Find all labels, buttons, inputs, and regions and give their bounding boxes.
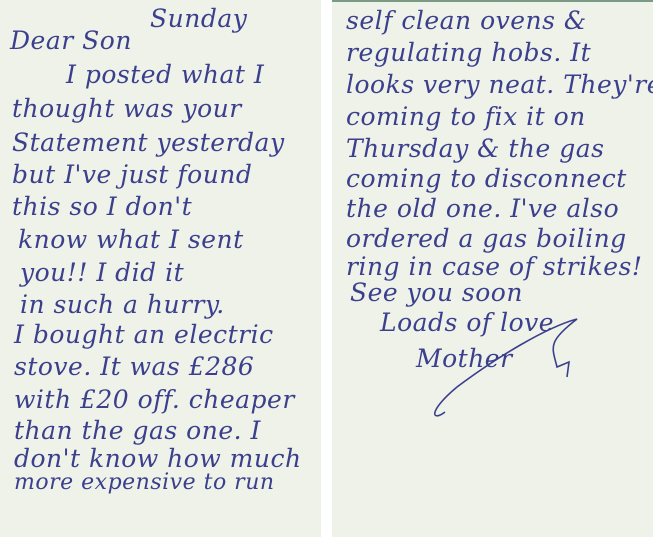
handwritten-line: know what I sent — [18, 225, 244, 254]
handwritten-line: this so I don't — [12, 192, 192, 221]
handwritten-line: Statement yesterday — [12, 128, 285, 157]
handwritten-line: coming to fix it on — [346, 102, 586, 131]
letter-page-1: Sunday Dear Son I posted what I thought … — [0, 0, 321, 537]
handwritten-salutation: Dear Son — [10, 26, 132, 55]
handwritten-line: ring in case of strikes! — [346, 252, 642, 281]
handwritten-line: regulating hobs. It — [346, 38, 591, 67]
handwritten-line: I bought an electric — [14, 320, 274, 349]
handwritten-line: thought was your — [12, 94, 242, 123]
handwritten-line: but I've just found — [12, 160, 252, 189]
handwritten-line: See you soon — [350, 278, 523, 307]
handwritten-line: self clean ovens & — [346, 6, 587, 35]
handwritten-line: in such a hurry. — [20, 290, 225, 319]
handwritten-line: with £20 off. cheaper — [14, 385, 295, 414]
signature-flourish-icon — [427, 317, 597, 427]
letter-page-2: self clean ovens & regulating hobs. It l… — [332, 0, 653, 537]
handwritten-line: Thursday & the gas — [346, 134, 604, 163]
handwritten-line: ordered a gas boiling — [346, 224, 627, 253]
handwritten-line: the old one. I've also — [346, 194, 619, 223]
handwritten-line: I posted what I — [66, 60, 264, 89]
handwritten-line: you!! I did it — [20, 258, 184, 287]
handwritten-line: than the gas one. I — [14, 416, 261, 445]
handwritten-line: coming to disconnect — [346, 164, 627, 193]
handwritten-date: Sunday — [150, 4, 247, 33]
handwritten-line: looks very neat. They're — [346, 70, 653, 99]
handwritten-line: don't know how much — [14, 444, 302, 473]
handwritten-line: stove. It was £286 — [14, 352, 254, 381]
